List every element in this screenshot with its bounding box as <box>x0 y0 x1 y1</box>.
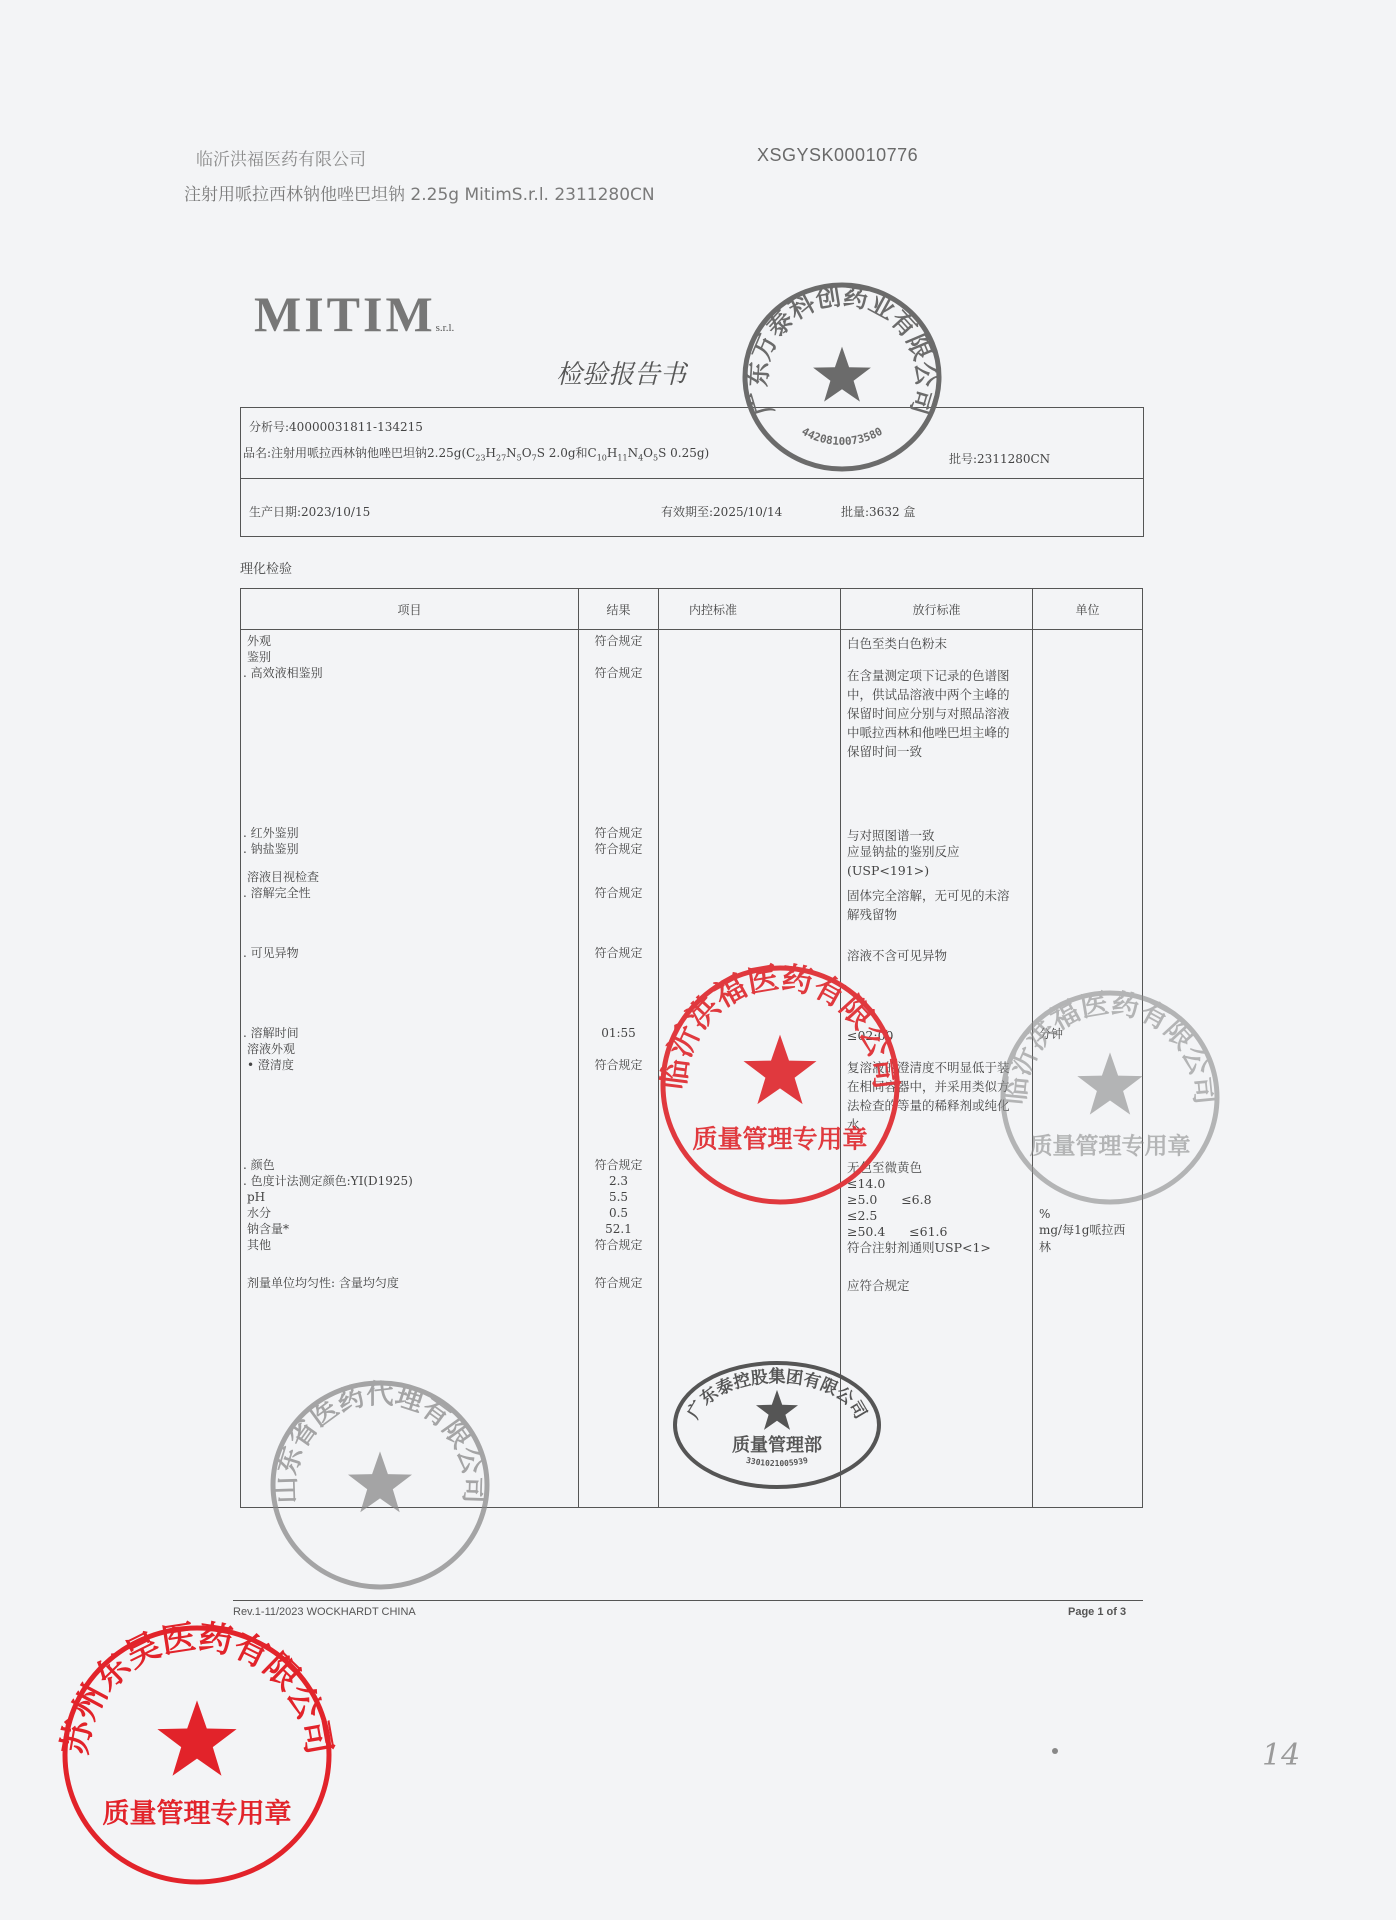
table-cell: 溶液目视检查 <box>247 870 319 885</box>
result-column: 符合规定符合规定符合规定符合规定符合规定符合规定01:55符合规定符合规定2.3… <box>579 630 659 1508</box>
col-header-internal-standard: 内控标准 <box>659 589 841 630</box>
table-cell: 符合规定 <box>579 886 658 901</box>
unit-cell: mg/每1g哌拉西林 <box>1039 1222 1134 1256</box>
table-cell: 溶液外观 <box>247 1042 295 1057</box>
table-cell: 符合规定 <box>579 634 658 649</box>
table-cell: . 红外鉴别 <box>243 826 299 841</box>
table-cell: 符合规定 <box>579 946 658 961</box>
table-cell: 符合规定 <box>579 666 658 681</box>
stamp-ghost: 临沂洪福医药有限公司质量管理专用章 <box>1000 990 1220 1205</box>
analysis-number: 分析号:40000031811-134215 <box>249 418 423 435</box>
table-cell: 5.5 <box>579 1190 658 1205</box>
table-cell: 符合规定 <box>579 826 658 841</box>
table-cell: . 颜色 <box>243 1158 275 1173</box>
footer-rule <box>233 1600 1143 1601</box>
stamp-wantai: 广东万泰科创药业有限公司4420810073580 <box>742 282 942 472</box>
table-cell: 符合规定 <box>579 1276 658 1291</box>
stamp-suzhou-dongwu: 苏州东吴医药有限公司质量管理专用章 <box>62 1625 332 1885</box>
svg-text:4420810073580: 4420810073580 <box>799 425 884 448</box>
svg-text:3301021005939: 3301021005939 <box>745 1456 809 1468</box>
mitim-logo: MITIMs.r.l. <box>254 285 454 343</box>
svg-text:质量管理专用章: 质量管理专用章 <box>692 1124 867 1153</box>
table-cell: 钠含量* <box>247 1222 289 1237</box>
table-cell: pH <box>247 1190 265 1205</box>
expiry-date: 有效期至:2025/10/14 <box>661 503 782 520</box>
batch-size: 批量:3632 盒 <box>841 503 915 520</box>
col-header-release-standard: 放行标准 <box>841 589 1033 630</box>
table-header-row: 项目 结果 内控标准 放行标准 单位 <box>241 589 1143 630</box>
col-header-item: 项目 <box>241 589 579 630</box>
table-cell: . 色度计法测定颜色:YI(D1925) <box>243 1174 413 1189</box>
stamp-linyi-hongfu: 临沂洪福医药有限公司质量管理专用章 <box>660 965 900 1205</box>
info-divider <box>241 478 1143 479</box>
distributor-name: 临沂洪福医药有限公司 <box>196 145 366 170</box>
item-column: 外观鉴别. 高效液相鉴别. 红外鉴别. 钠盐鉴别溶液目视检查. 溶解完全性. 可… <box>241 630 579 1508</box>
table-cell: . 溶解完全性 <box>243 886 311 901</box>
report-title: 检验报告书 <box>556 354 686 391</box>
footer-page: Page 1 of 3 <box>1068 1606 1126 1618</box>
table-cell: 0.5 <box>579 1206 658 1221</box>
batch-number: 批号:2311280CN <box>949 450 1050 467</box>
product-line: 注射用哌拉西林钠他唑巴坦钠 2.25g MitimS.r.l. 2311280C… <box>184 180 655 205</box>
stamp-shandong: 山东省医药代理有限公司 <box>270 1380 490 1590</box>
release-standard-cell: 应显钠盐的鉴别反应 (USP<191>) <box>847 842 1018 880</box>
info-box: 分析号:40000031811-134215 品名:注射用哌拉西林钠他唑巴坦钠2… <box>240 407 1144 537</box>
logo-suffix: s.r.l. <box>436 322 455 334</box>
table-cell: 鉴别 <box>247 650 271 665</box>
table-cell: 符合规定 <box>579 1158 658 1173</box>
table-cell: 2.3 <box>579 1174 658 1189</box>
table-cell: 剂量单位均匀性: 含量均匀度 <box>247 1276 399 1291</box>
release-standard-cell: 在含量测定项下记录的色谱图中，供试品溶液中两个主峰的保留时间应分别与对照品溶液中… <box>847 666 1018 761</box>
col-header-unit: 单位 <box>1033 589 1143 630</box>
table-cell: 符合规定 <box>579 842 658 857</box>
release-standard-cell: 溶液不含可见异物 <box>847 946 1037 965</box>
table-cell: • 澄清度 <box>247 1058 294 1073</box>
stamp-guangdong-group: 广东泰控股集团有限公司质量管理部3301021005939 <box>672 1360 882 1490</box>
release-standard-cell: 应符合规定 <box>847 1276 1037 1295</box>
table-cell: 符合规定 <box>579 1058 658 1073</box>
table-cell: . 溶解时间 <box>243 1026 299 1041</box>
col-header-result: 结果 <box>579 589 659 630</box>
table-cell: 52.1 <box>579 1222 658 1237</box>
table-cell: 符合规定 <box>579 1238 658 1253</box>
table-cell: . 可见异物 <box>243 946 299 961</box>
table-cell: . 钠盐鉴别 <box>243 842 299 857</box>
release-standard-cell: 固体完全溶解，无可见的未溶解残留物 <box>847 886 1018 924</box>
handwritten-mark: 14 <box>1262 1738 1300 1773</box>
table-cell: . 高效液相鉴别 <box>243 666 323 681</box>
svg-text:质量管理专用章: 质量管理专用章 <box>103 1798 292 1830</box>
production-date: 生产日期:2023/10/15 <box>249 503 370 520</box>
document-code: XSGYSK00010776 <box>757 145 918 166</box>
section-title: 理化检验 <box>240 558 292 577</box>
logo-name: MITIM <box>254 286 436 342</box>
svg-text:质量管理专用章: 质量管理专用章 <box>1030 1132 1191 1159</box>
svg-text:质量管理部: 质量管理部 <box>732 1434 822 1456</box>
footer-revision: Rev.1-11/2023 WOCKHARDT CHINA <box>233 1606 416 1618</box>
unit-cell: % <box>1039 1206 1134 1223</box>
scan-dot <box>1052 1748 1058 1754</box>
table-cell: 水分 <box>247 1206 271 1221</box>
table-cell: 外观 <box>247 634 271 649</box>
table-cell: 其他 <box>247 1238 271 1253</box>
release-standard-cell: 白色至类白色粉末 <box>847 634 1037 653</box>
release-standard-cell: 符合注射剂通则USP<1> <box>847 1238 1037 1257</box>
product-name: 品名:注射用哌拉西林钠他唑巴坦钠2.25g(C23H27N5O7S 2.0g和C… <box>243 444 709 462</box>
table-cell: 01:55 <box>579 1026 658 1041</box>
